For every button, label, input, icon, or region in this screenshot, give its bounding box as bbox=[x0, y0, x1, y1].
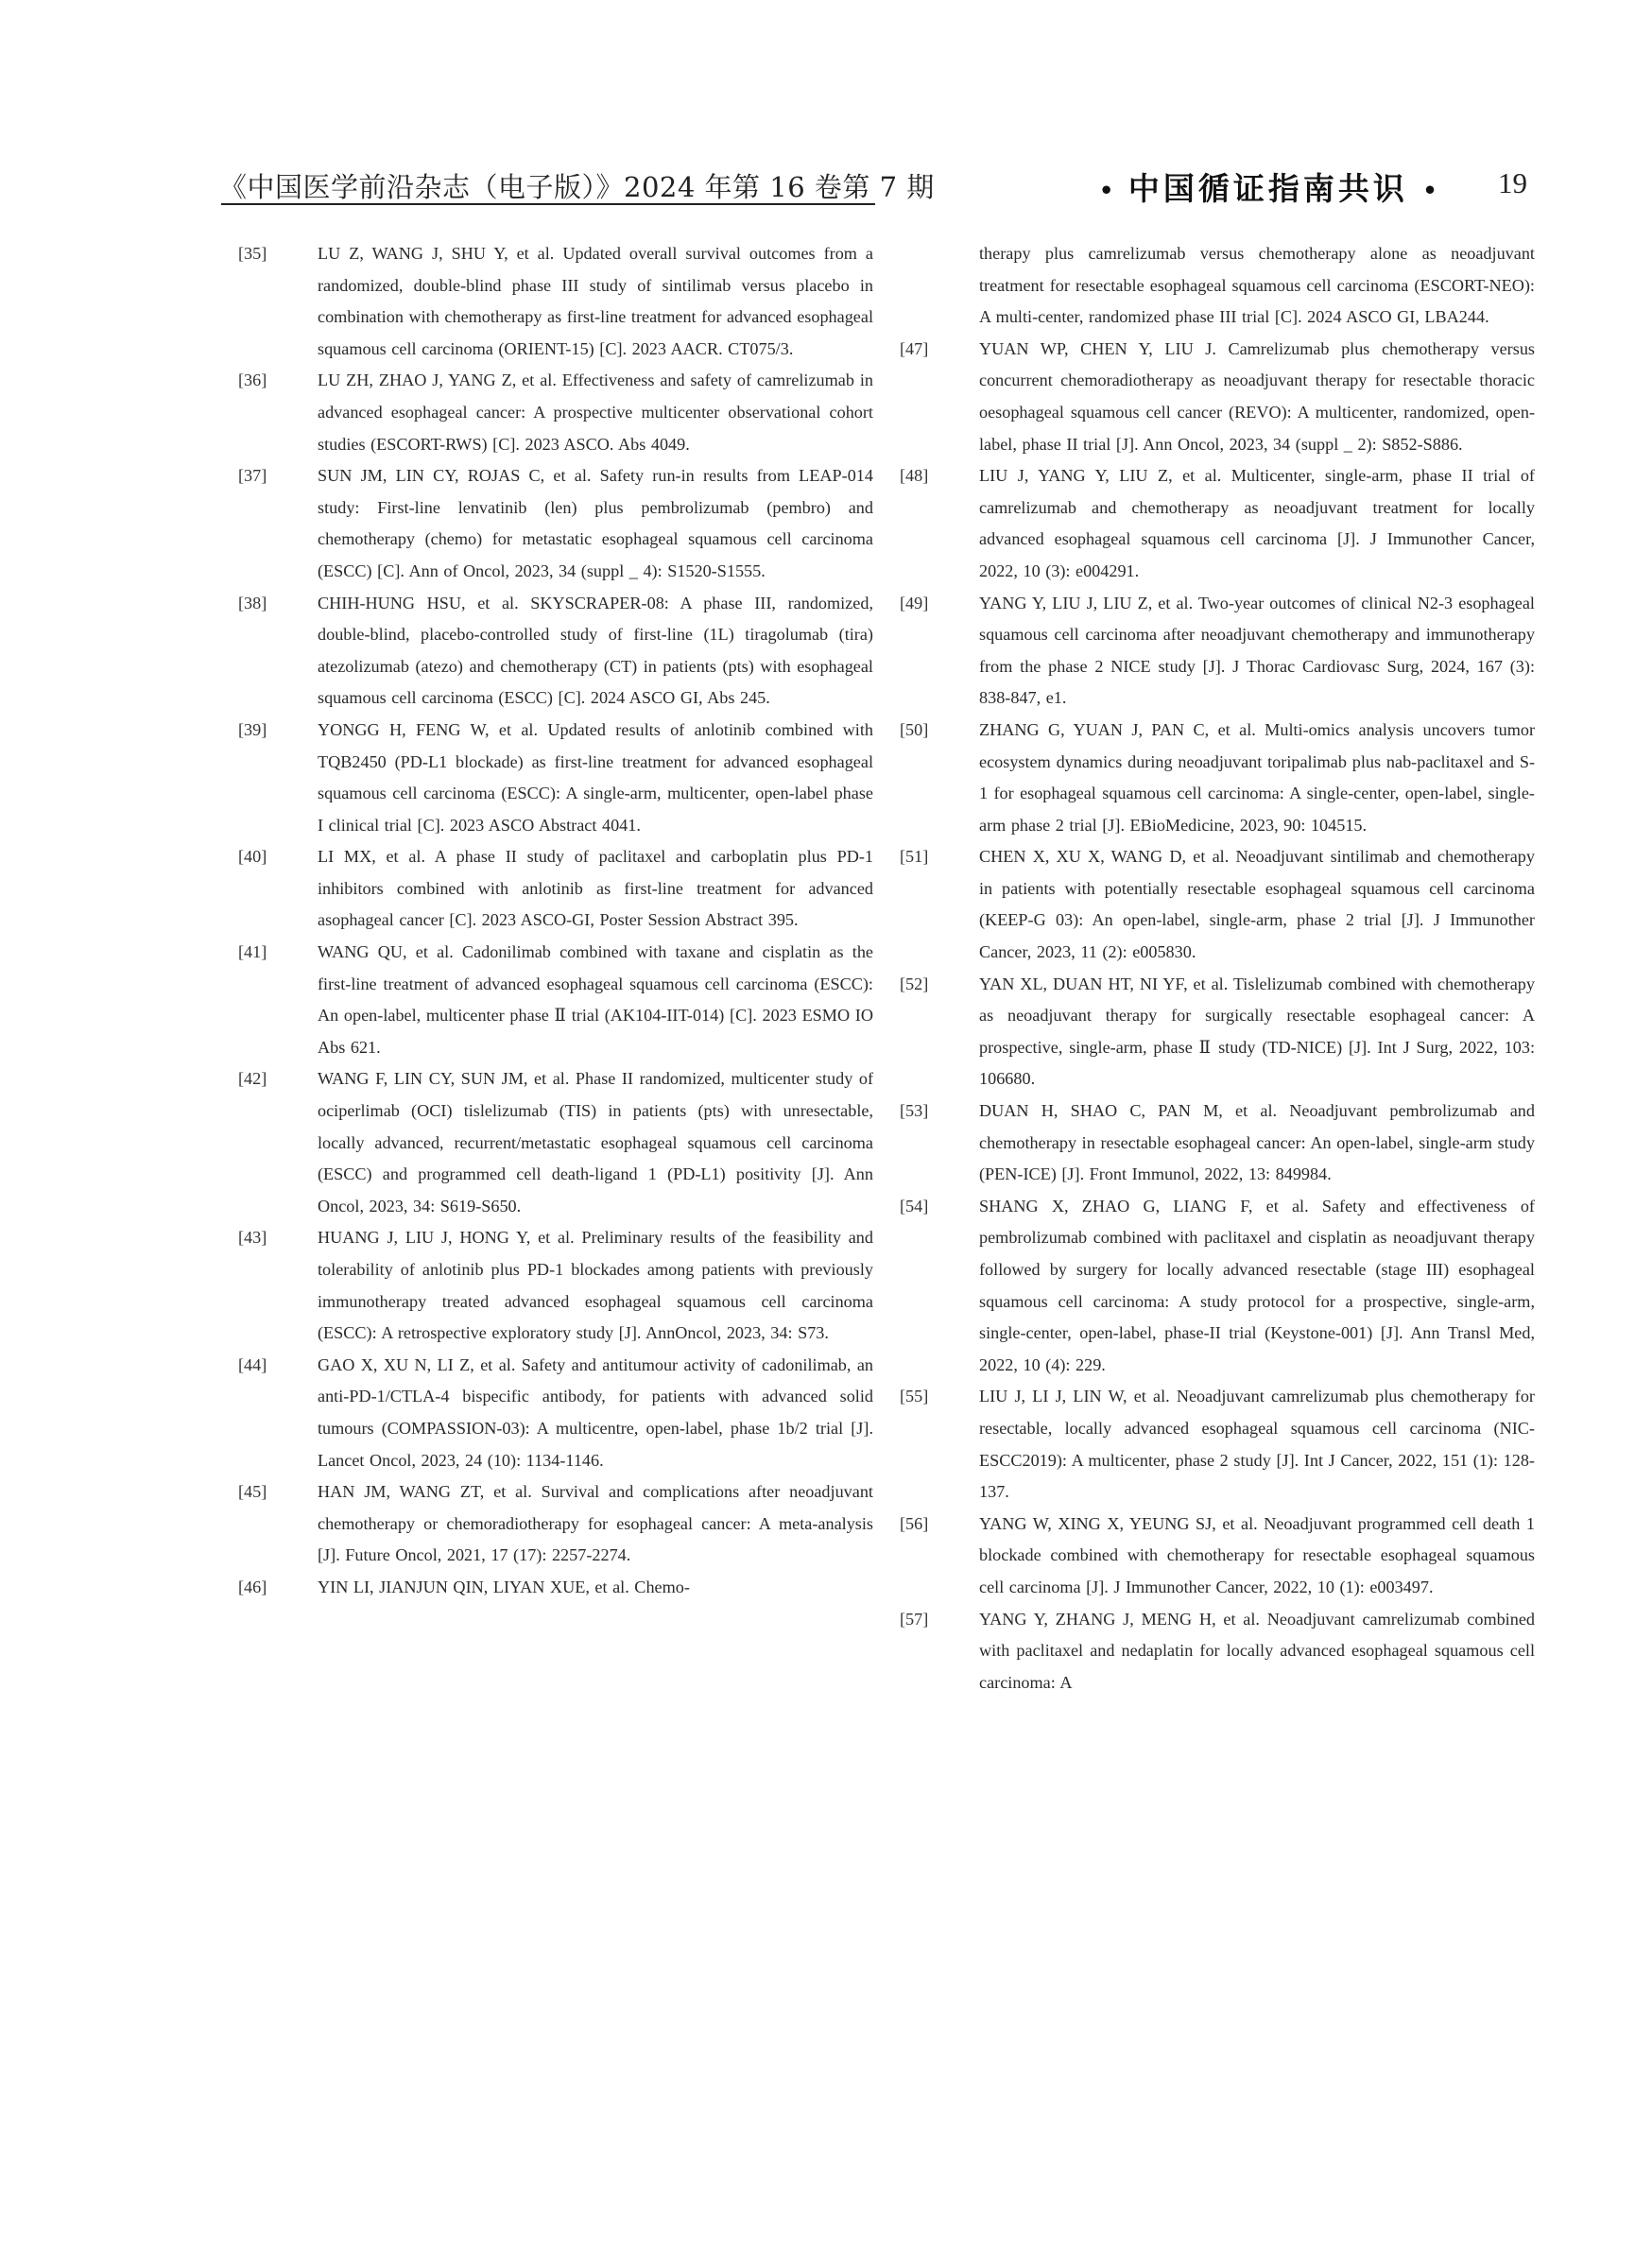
reference-item: [40]LI MX, et al. A phase II study of pa… bbox=[238, 841, 873, 937]
reference-item: [43]HUANG J, LIU J, HONG Y, et al. Preli… bbox=[238, 1222, 873, 1349]
reference-number: [39] bbox=[238, 715, 295, 747]
reference-text: HUANG J, LIU J, HONG Y, et al. Prelimina… bbox=[318, 1222, 873, 1349]
reference-item: [49]YANG Y, LIU J, LIU Z, et al. Two-yea… bbox=[900, 588, 1535, 715]
reference-text: YONGG H, FENG W, et al. Updated results … bbox=[318, 715, 873, 841]
reference-number: [47] bbox=[900, 334, 956, 366]
reference-item: [48]LIU J, YANG Y, LIU Z, et al. Multice… bbox=[900, 460, 1535, 587]
reference-text: YANG Y, LIU J, LIU Z, et al. Two-year ou… bbox=[979, 588, 1535, 715]
reference-item: [37]SUN JM, LIN CY, ROJAS C, et al. Safe… bbox=[238, 460, 873, 587]
reference-text: ZHANG G, YUAN J, PAN C, et al. Multi-omi… bbox=[979, 715, 1535, 841]
header-rule bbox=[221, 203, 875, 205]
reference-text: DUAN H, SHAO C, PAN M, et al. Neoadjuvan… bbox=[979, 1095, 1535, 1191]
reference-text: LI MX, et al. A phase II study of paclit… bbox=[318, 841, 873, 937]
reference-item: [44]GAO X, XU N, LI Z, et al. Safety and… bbox=[238, 1350, 873, 1476]
reference-number: [53] bbox=[900, 1095, 956, 1128]
reference-text: YAN XL, DUAN HT, NI YF, et al. Tislelizu… bbox=[979, 969, 1535, 1095]
reference-text: LIU J, LI J, LIN W, et al. Neoadjuvant c… bbox=[979, 1381, 1535, 1508]
reference-text: therapy plus camrelizumab versus chemoth… bbox=[979, 238, 1535, 334]
reference-number: [43] bbox=[238, 1222, 295, 1254]
reference-item: [53]DUAN H, SHAO C, PAN M, et al. Neoadj… bbox=[900, 1095, 1535, 1191]
reference-number: [45] bbox=[238, 1476, 295, 1509]
reference-text: YANG W, XING X, YEUNG SJ, et al. Neoadju… bbox=[979, 1509, 1535, 1604]
reference-item: [54]SHANG X, ZHAO G, LIANG F, et al. Saf… bbox=[900, 1191, 1535, 1382]
reference-item: [39]YONGG H, FENG W, et al. Updated resu… bbox=[238, 715, 873, 841]
reference-text: CHIH-HUNG HSU, et al. SKYSCRAPER-08: A p… bbox=[318, 588, 873, 715]
reference-text: WANG F, LIN CY, SUN JM, et al. Phase II … bbox=[318, 1063, 873, 1222]
reference-item: [38]CHIH-HUNG HSU, et al. SKYSCRAPER-08:… bbox=[238, 588, 873, 715]
reference-text: LIU J, YANG Y, LIU Z, et al. Multicenter… bbox=[979, 460, 1535, 587]
reference-number: [50] bbox=[900, 715, 956, 747]
reference-number: [51] bbox=[900, 841, 956, 873]
reference-text: YIN LI, JIANJUN QIN, LIYAN XUE, et al. C… bbox=[318, 1572, 873, 1604]
section-title: • 中国循证指南共识 • bbox=[1099, 164, 1437, 209]
reference-item: [45]HAN JM, WANG ZT, et al. Survival and… bbox=[238, 1476, 873, 1572]
reference-number: [40] bbox=[238, 841, 295, 873]
reference-item: [46]YIN LI, JIANJUN QIN, LIYAN XUE, et a… bbox=[238, 1572, 873, 1604]
reference-item: [36]LU ZH, ZHAO J, YANG Z, et al. Effect… bbox=[238, 365, 873, 460]
reference-number: [35] bbox=[238, 238, 295, 270]
reference-number: [42] bbox=[238, 1063, 295, 1095]
reference-number: [52] bbox=[900, 969, 956, 1001]
section-label: 中国循证指南共识 bbox=[1128, 170, 1408, 207]
reference-text: CHEN X, XU X, WANG D, et al. Neoadjuvant… bbox=[979, 841, 1535, 968]
reference-number: [38] bbox=[238, 588, 295, 620]
reference-number: [56] bbox=[900, 1509, 956, 1541]
reference-item: [51]CHEN X, XU X, WANG D, et al. Neoadju… bbox=[900, 841, 1535, 968]
reference-number: [37] bbox=[238, 460, 295, 492]
bullet-icon: • bbox=[1422, 178, 1437, 204]
reference-item: [56]YANG W, XING X, YEUNG SJ, et al. Neo… bbox=[900, 1509, 1535, 1604]
reference-text: LU Z, WANG J, SHU Y, et al. Updated over… bbox=[318, 238, 873, 365]
reference-number: [44] bbox=[238, 1350, 295, 1382]
reference-number: [36] bbox=[238, 365, 295, 397]
reference-item: [35]LU Z, WANG J, SHU Y, et al. Updated … bbox=[238, 238, 873, 365]
reference-item: [52]YAN XL, DUAN HT, NI YF, et al. Tisle… bbox=[900, 969, 1535, 1095]
reference-text: SUN JM, LIN CY, ROJAS C, et al. Safety r… bbox=[318, 460, 873, 587]
bullet-icon: • bbox=[1099, 178, 1113, 204]
reference-item: [42]WANG F, LIN CY, SUN JM, et al. Phase… bbox=[238, 1063, 873, 1222]
reference-text: WANG QU, et al. Cadonilimab combined wit… bbox=[318, 937, 873, 1063]
reference-item: [57]YANG Y, ZHANG J, MENG H, et al. Neoa… bbox=[900, 1604, 1535, 1699]
reference-number: [46] bbox=[238, 1572, 295, 1604]
reference-item: [55]LIU J, LI J, LIN W, et al. Neoadjuva… bbox=[900, 1381, 1535, 1508]
reference-item-continued: therapy plus camrelizumab versus chemoth… bbox=[900, 238, 1535, 334]
journal-title: 《中国医学前沿杂志（电子版）》2024 年第 16 卷第 7 期 bbox=[219, 166, 935, 205]
reference-text: LU ZH, ZHAO J, YANG Z, et al. Effectiven… bbox=[318, 365, 873, 460]
reference-text: SHANG X, ZHAO G, LIANG F, et al. Safety … bbox=[979, 1191, 1535, 1382]
reference-item: [50]ZHANG G, YUAN J, PAN C, et al. Multi… bbox=[900, 715, 1535, 841]
reference-text: GAO X, XU N, LI Z, et al. Safety and ant… bbox=[318, 1350, 873, 1476]
references-column-left: [35]LU Z, WANG J, SHU Y, et al. Updated … bbox=[238, 238, 873, 1604]
reference-number: [54] bbox=[900, 1191, 956, 1223]
references-column-right: therapy plus camrelizumab versus chemoth… bbox=[900, 238, 1535, 1699]
reference-item: [47]YUAN WP, CHEN Y, LIU J. Camrelizumab… bbox=[900, 334, 1535, 460]
reference-item: [41]WANG QU, et al. Cadonilimab combined… bbox=[238, 937, 873, 1063]
reference-number: [41] bbox=[238, 937, 295, 969]
reference-text: YUAN WP, CHEN Y, LIU J. Camrelizumab plu… bbox=[979, 334, 1535, 460]
reference-number: [55] bbox=[900, 1381, 956, 1413]
reference-number: [48] bbox=[900, 460, 956, 492]
reference-number: [57] bbox=[900, 1604, 956, 1636]
reference-text: YANG Y, ZHANG J, MENG H, et al. Neoadjuv… bbox=[979, 1604, 1535, 1699]
page-number: 19 bbox=[1498, 166, 1527, 200]
reference-text: HAN JM, WANG ZT, et al. Survival and com… bbox=[318, 1476, 873, 1572]
reference-number: [49] bbox=[900, 588, 956, 620]
